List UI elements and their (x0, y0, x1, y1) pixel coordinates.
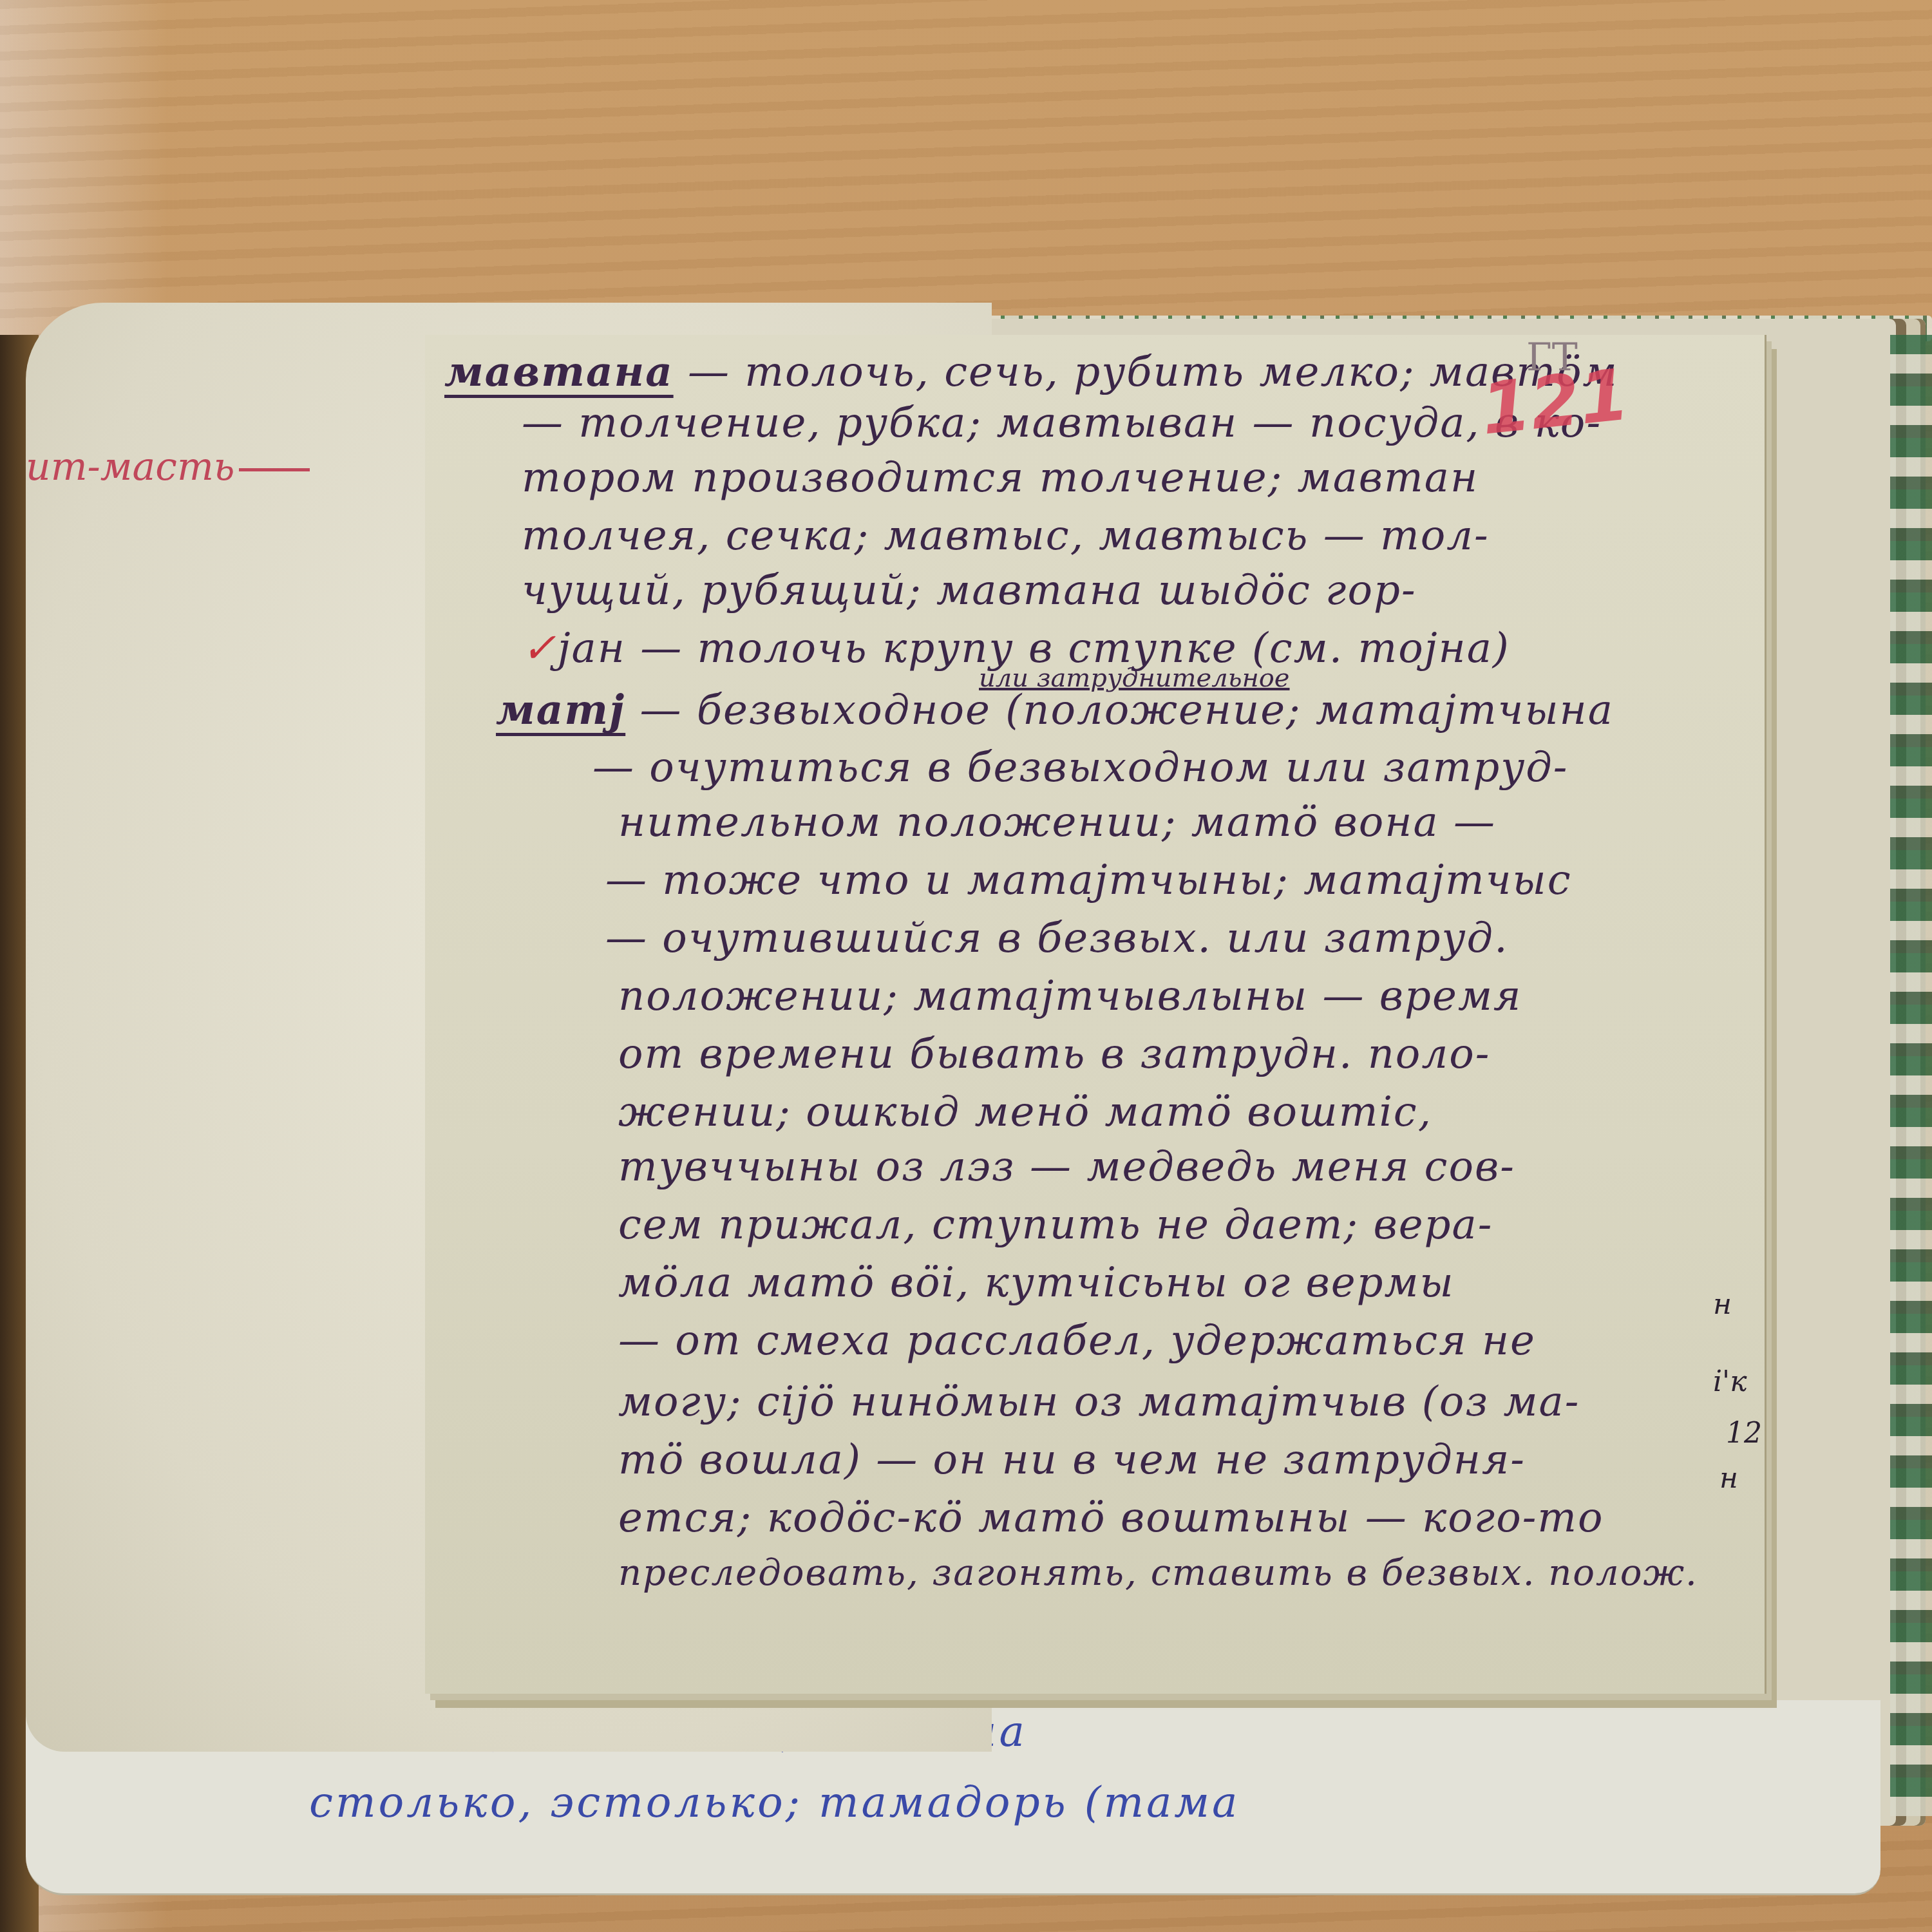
card-line: — толчение, рубка; мавтыван — посуда, в … (522, 399, 1602, 447)
card-line: тувччыны оз лэз — медведь меня сов- (618, 1143, 1515, 1191)
margin-note: ит-масть (26, 444, 310, 489)
pencil-mark: ГТ (1526, 335, 1578, 380)
page-edge-fragment: н (1713, 1288, 1732, 1321)
card-line: чущий, рубящий; мавтана шыдöс гор- (522, 567, 1417, 614)
page-edge-fragment: 12 (1726, 1417, 1762, 1450)
card-line: — очутившийся в безвых. или затруд. (605, 914, 1508, 962)
card-line: — очутиться в безвыходном или затруд- (592, 744, 1568, 791)
card-line: мавтана — толочь, сечь, рубить мелко; ма… (444, 348, 1618, 396)
card-text: мавтана — толочь, сечь, рубить мелко; ма… (425, 335, 1765, 1694)
card-line: мöла матö вöi, кутчiсьны ог вермы (618, 1259, 1455, 1307)
page-edge-fragment: н (1719, 1462, 1738, 1495)
card-line: — от смеха расслабел, удержаться не (618, 1317, 1536, 1365)
headword: матj (496, 686, 625, 734)
green-marbled-spine (1890, 335, 1932, 1816)
card-line: ется; кодöс-кö матö воштыны — кого-то (618, 1494, 1604, 1542)
card-line: — тоже что и матаjтчыны; матаjтчыс (605, 857, 1572, 904)
card-line: сем прижал, ступить не дает; вера- (618, 1201, 1493, 1249)
headword: мавтана (444, 348, 674, 396)
card-line: от времени бывать в затрудн. поло- (618, 1030, 1490, 1078)
margin-note-text: ит-масть (26, 444, 235, 489)
red-checkmark-icon: ✓ (522, 625, 558, 672)
margin-rule (239, 468, 310, 471)
card-line: нительном положении; матö вона — (618, 799, 1496, 846)
card-line: матj — безвыходное (положение; матаjтчын… (496, 686, 1614, 734)
card-line: положении; матаjтчывлыны — время (618, 972, 1522, 1020)
blue-ink-line: столько, эстолько; тамадорь (тама (309, 1777, 1240, 1827)
card-line: тö вошла) — он ни в чем не затрудня- (618, 1436, 1526, 1484)
card-line: могу; сijö нинöмын оз матаjтчыв (оз ма- (618, 1378, 1580, 1426)
card-line: преследовать, загонять, ставить в безвых… (618, 1552, 1698, 1594)
card-line: жении; ошкыд менö матö воштiс, (618, 1088, 1432, 1136)
card-line: толчея, сечка; мавтыс, мавтысь — тол- (522, 512, 1490, 560)
dictionary-card: мавтана — толочь, сечь, рубить мелко; ма… (425, 335, 1766, 1694)
card-line: тором производится толчение; мавтан (522, 454, 1479, 502)
page-edge-fragment: i'к (1713, 1365, 1747, 1398)
